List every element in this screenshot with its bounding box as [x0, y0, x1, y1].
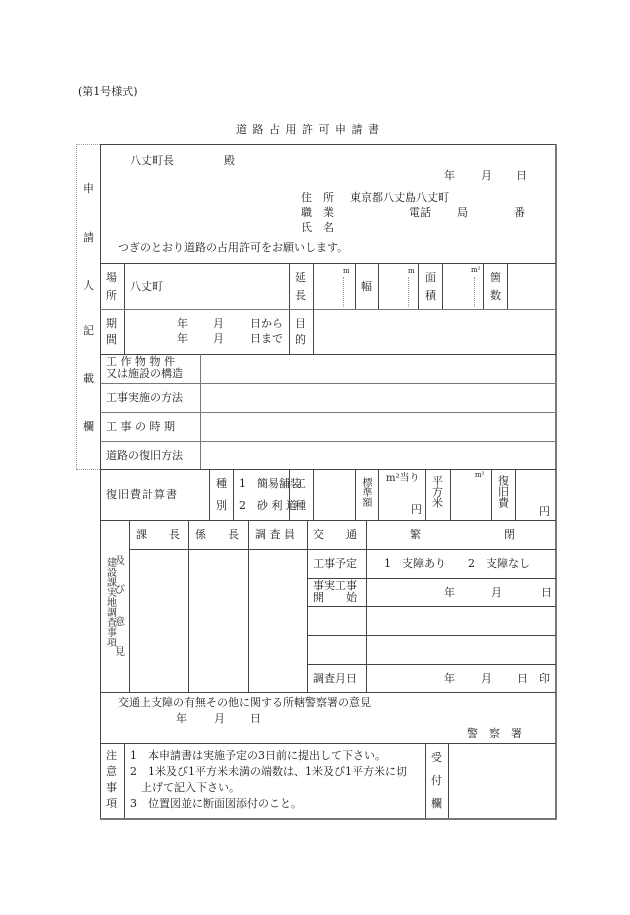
width-unit: m	[408, 268, 415, 275]
honorific: 殿	[224, 155, 235, 166]
restore-method-field[interactable]	[201, 442, 554, 468]
notes-label-2: 意	[106, 766, 117, 777]
sqm-unit: m²	[475, 472, 484, 479]
col-divider	[355, 263, 356, 309]
traffic-option-busy[interactable]: 繁	[410, 529, 421, 540]
side-label-1: 請	[83, 232, 94, 243]
request-text: つぎのとおり道路の占用許可をお願いします。	[118, 242, 348, 253]
date-day: 日	[516, 170, 527, 181]
work-type-label-1: 工	[295, 478, 306, 489]
notes-label-1: 注	[106, 750, 117, 761]
place-label-1: 場	[106, 272, 117, 283]
col-divider	[425, 743, 426, 818]
timing-label: 工 事 の 時 期	[106, 421, 175, 432]
side-box-top	[76, 144, 100, 145]
count-label-2: 数	[490, 290, 501, 301]
reception-label-2: 付	[431, 775, 442, 786]
col-divider	[209, 469, 210, 520]
to-year: 年	[177, 333, 188, 344]
per-m2-label: m²当り	[386, 474, 420, 484]
address-field[interactable]: 東京都八丈島八丈町	[350, 192, 449, 203]
structure-label-2: 又は施設の構造	[106, 368, 183, 379]
place-field[interactable]: 八丈町	[130, 281, 163, 292]
area-field[interactable]	[443, 264, 471, 308]
plan-options[interactable]: 1 支障あり 2 支障なし	[384, 558, 530, 569]
width-label: 幅	[361, 281, 372, 292]
method-label: 工事実施の方法	[106, 392, 183, 403]
col-divider	[418, 263, 419, 309]
side-label-2: 人	[83, 280, 94, 291]
note-item-2-cont: 上げて記入下さい。	[130, 782, 240, 793]
col-divider	[491, 469, 492, 520]
row-divider	[307, 549, 556, 550]
survey-side-ken: 見	[115, 648, 125, 658]
count-label-1: 箇	[490, 272, 501, 283]
survey-side-and: 及	[115, 557, 125, 567]
side-label-4: 載	[83, 373, 94, 384]
period-label-2: 間	[106, 334, 117, 345]
address-label: 住 所	[301, 192, 334, 203]
structure-field[interactable]	[201, 355, 554, 382]
side-label-0: 申	[83, 183, 94, 194]
note-item-3: 3 位置図並に断面図添付のこと。	[130, 798, 302, 809]
to-month: 月	[213, 333, 224, 344]
purpose-field[interactable]	[314, 310, 554, 353]
from-year: 年	[177, 318, 188, 329]
inspector-seal-field[interactable]	[249, 550, 306, 691]
phone-label: 電話	[409, 207, 431, 218]
col-divider	[233, 469, 234, 520]
table-bottom-border	[100, 818, 557, 820]
col-divider	[289, 469, 290, 520]
actual-start-day: 日	[541, 587, 552, 598]
sqm-label: 平方米	[431, 475, 443, 508]
period-label-1: 期	[106, 318, 117, 329]
section-chief-seal-field[interactable]	[130, 550, 187, 691]
length-label-2: 長	[295, 290, 306, 301]
area-unit: m²	[471, 267, 480, 274]
actual-start-label-1: 事実工事	[313, 580, 357, 591]
col-divider	[515, 469, 516, 520]
place-label-2: 所	[106, 290, 117, 301]
restore-method-label: 道路の復旧方法	[106, 450, 183, 461]
type-label-2: 別	[216, 500, 227, 511]
survey-side-label-a: 建設課実地調査事項	[104, 557, 115, 647]
survey-date-label: 調査月日	[313, 673, 357, 684]
yen-label-2: 円	[539, 506, 550, 517]
actual-start-label-2: 開 始	[313, 592, 357, 603]
survey-blank-field-2[interactable]	[367, 636, 554, 663]
name-label: 氏 名	[301, 222, 334, 233]
traffic-option-closed[interactable]: 閉	[504, 529, 515, 540]
header-inspector: 調 査 員	[255, 529, 295, 540]
purpose-label-1: 目	[295, 318, 306, 329]
phone-number-label: 番	[514, 207, 525, 218]
type-label-1: 種	[216, 478, 227, 489]
header-section-chief: 課 長	[136, 529, 180, 540]
method-field[interactable]	[201, 384, 554, 411]
survey-side-i: 意	[115, 618, 125, 628]
row-divider	[307, 664, 556, 665]
width-field[interactable]	[379, 264, 407, 308]
police-opinion-field[interactable]	[101, 693, 554, 742]
from-day: 日から	[250, 318, 283, 329]
col-divider	[425, 469, 426, 520]
col-divider	[450, 469, 451, 520]
col-divider	[355, 469, 356, 520]
header-subsection-chief: 係 長	[195, 529, 239, 540]
work-type-label-2: 種	[295, 500, 306, 511]
survey-seal-label: 印	[539, 673, 550, 684]
note-item-1: 1 本申請書は実施予定の3日前に提出して下さい。	[130, 750, 386, 761]
reception-label-1: 受	[431, 752, 442, 763]
plan-label: 工事予定	[313, 558, 357, 569]
reception-stamp-field[interactable]	[449, 744, 554, 817]
col-divider	[378, 469, 379, 520]
restoration-label: 復旧費計算書	[106, 489, 178, 500]
side-box-left	[76, 144, 77, 469]
side-label-5: 欄	[83, 421, 94, 432]
actual-start-month: 月	[491, 587, 502, 598]
standard-label: 標準額	[360, 477, 370, 507]
dotted-guide	[343, 277, 344, 307]
side-box-bottom	[76, 469, 100, 470]
col-divider	[124, 743, 125, 818]
area-label-1: 面	[425, 272, 436, 283]
survey-date-year: 年	[444, 673, 455, 684]
form-number: (第1号様式)	[78, 86, 138, 97]
survey-blank-field-1[interactable]	[367, 607, 554, 634]
count-field[interactable]	[508, 264, 554, 308]
from-month: 月	[213, 318, 224, 329]
timing-field[interactable]	[201, 413, 554, 440]
yen-label-1: 円	[411, 504, 422, 515]
reception-label-3: 欄	[431, 798, 442, 809]
type-option-1[interactable]: 1 簡易舗装	[239, 478, 301, 489]
date-month: 月	[481, 170, 492, 181]
dotted-guide	[474, 277, 475, 307]
survey-date-day: 日	[517, 673, 528, 684]
side-label-3: 記	[83, 325, 94, 336]
length-unit: m	[343, 268, 350, 275]
length-label-1: 延	[295, 272, 306, 283]
page-title: 道 路 占 用 許 可 申 請 書	[236, 124, 380, 135]
notes-label-4: 項	[106, 798, 117, 809]
phone-exchange-label: 局	[457, 207, 468, 218]
dotted-guide	[408, 277, 409, 307]
area-label-2: 積	[425, 290, 436, 301]
col-divider	[483, 263, 484, 309]
table-top-border	[100, 144, 556, 145]
date-year: 年	[444, 170, 455, 181]
to-day: 日まで	[250, 333, 283, 344]
survey-side-bi: び	[115, 586, 125, 596]
purpose-label-2: 的	[295, 334, 306, 345]
survey-date-month: 月	[481, 673, 492, 684]
occupation-label: 職 業	[301, 207, 334, 218]
subsection-chief-seal-field[interactable]	[189, 550, 247, 691]
length-field[interactable]	[314, 264, 342, 308]
work-type-field[interactable]	[314, 470, 354, 519]
structure-label-1: 工 作 物 物 件	[106, 356, 175, 367]
row-divider	[100, 520, 556, 521]
notes-label-3: 事	[106, 782, 117, 793]
actual-start-year: 年	[444, 587, 455, 598]
addressee: 八丈町長	[130, 155, 174, 166]
traffic-label: 交 通	[313, 529, 357, 540]
cost-label: 復旧費	[497, 475, 509, 508]
note-item-2: 2 1米及び1平方米未満の端数は、1米及び1平方米に切	[130, 766, 407, 777]
table-right-border	[555, 144, 557, 818]
